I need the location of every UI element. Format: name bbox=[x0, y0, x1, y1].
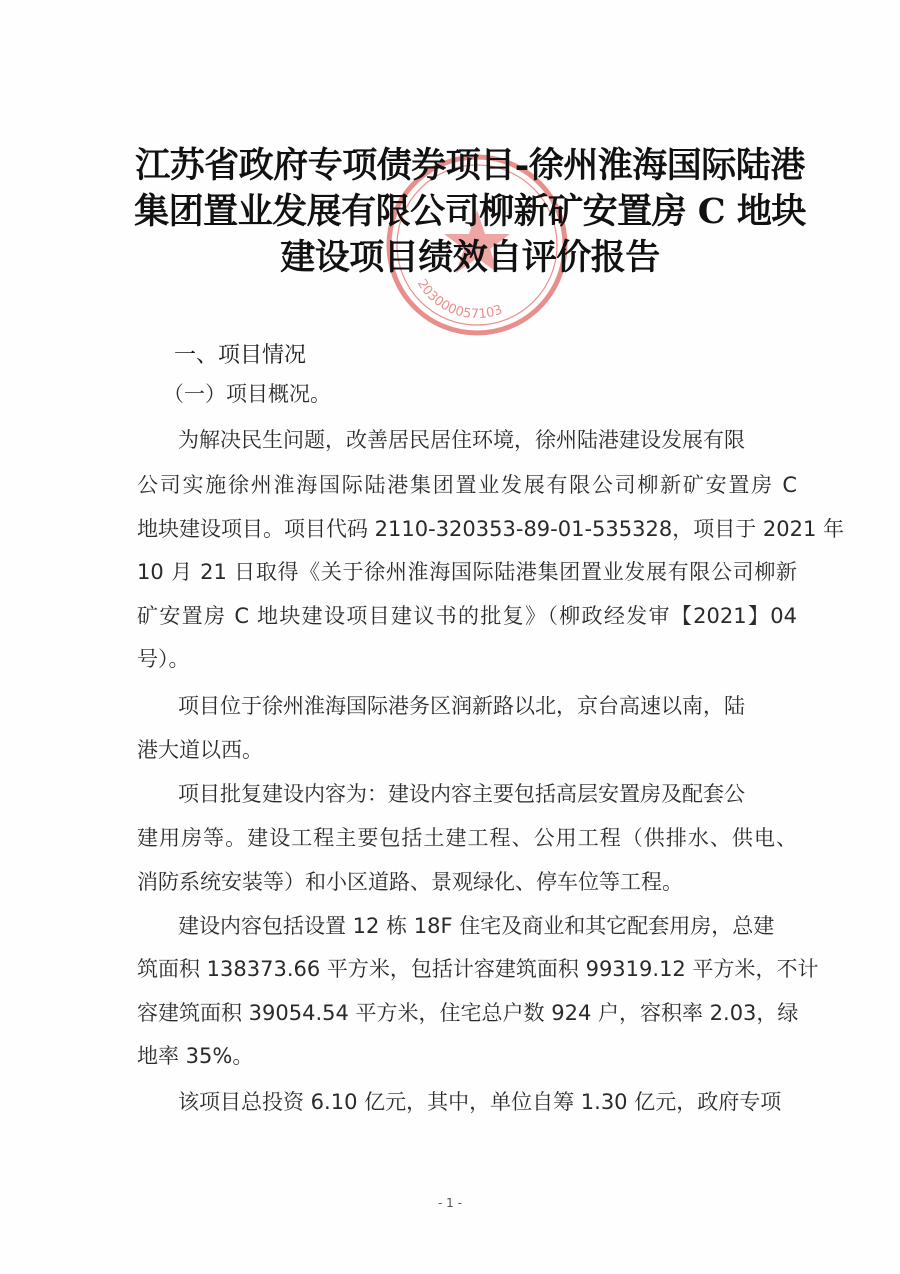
subsection-heading: （一）项目概况。 bbox=[163, 378, 331, 408]
paragraph-line: 公司实施徐州淮海国际陆港集团置业发展有限公司柳新矿安置房 C bbox=[137, 469, 797, 499]
paragraph-line: 港大道以西。 bbox=[137, 734, 263, 764]
paragraph-line: 矿安置房 C 地块建设项目建议书的批复》（柳政经发审【2021】04 bbox=[137, 600, 797, 630]
page-number: - 1 - bbox=[0, 1196, 900, 1210]
title-line-2: 集团置业发展有限公司柳新矿安置房 C 地块 bbox=[130, 189, 810, 235]
paragraph-line: 消防系统安装等）和小区道路、景观绿化、停车位等工程。 bbox=[137, 866, 683, 896]
paragraph-line: 为解决民生问题，改善居民居住环境，徐州陆港建设发展有限 bbox=[178, 424, 797, 454]
paragraph-line: 项目位于徐州淮海国际港务区润新路以北，京台高速以南，陆 bbox=[178, 690, 745, 720]
title-line-3: 建设项目绩效自评价报告 bbox=[130, 235, 810, 281]
section-heading: 一、项目情况 bbox=[174, 338, 306, 369]
title-line-1: 江苏省政府专项债券项目-徐州淮海国际陆港 bbox=[130, 143, 810, 189]
paragraph-line: 建用房等。建设工程主要包括土建工程、公用工程（供排水、供电、 bbox=[137, 822, 797, 852]
paragraph-line: 容建筑面积 39054.54 平方米，住宅总户数 924 户，容积率 2.03，… bbox=[137, 997, 797, 1027]
paragraph-line: 地率 35%。 bbox=[137, 1040, 253, 1070]
paragraph-line: 建设内容包括设置 12 栋 18F 住宅及商业和其它配套用房，总建 bbox=[178, 910, 774, 940]
document-title: 江苏省政府专项债券项目-徐州淮海国际陆港 集团置业发展有限公司柳新矿安置房 C … bbox=[130, 143, 810, 281]
paragraph-line: 地块建设项目。项目代码 2110-320353-89-01-535328，项目于… bbox=[137, 513, 797, 543]
paragraph-line: 号）。 bbox=[137, 643, 190, 673]
paragraph-line: 项目批复建设内容为：建设内容主要包括高层安置房及配套公 bbox=[178, 778, 745, 808]
paragraph-line: 10 月 21 日取得《关于徐州淮海国际陆港集团置业发展有限公司柳新 bbox=[137, 556, 797, 586]
paragraph-line: 筑面积 138373.66 平方米，包括计容建筑面积 99319.12 平方米，… bbox=[137, 953, 797, 983]
document-page: 203000057103 江苏省政府专项债券项目-徐州淮海国际陆港 集团置业发展… bbox=[0, 0, 900, 1274]
paragraph-line: 该项目总投资 6.10 亿元，其中，单位自筹 1.30 亿元，政府专项 bbox=[178, 1086, 781, 1116]
